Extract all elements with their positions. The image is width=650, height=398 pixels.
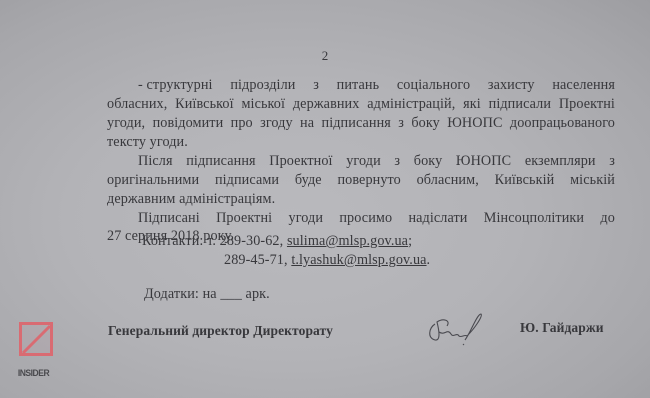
email-link-lyashuk[interactable]: t.lyashuk@mlsp.gov.ua (291, 252, 426, 268)
word: на (300, 115, 314, 132)
p1-line2: обласних,Київськоїміськоїдержавнихадміні… (107, 96, 615, 113)
signatory-title: Генеральний директор Директорату (108, 323, 333, 339)
word: боку (414, 153, 443, 170)
word: Підписані (138, 210, 200, 227)
separator: ; (408, 233, 412, 249)
attachments-line: Додатки: на ___ арк. (144, 286, 270, 303)
word: які (463, 96, 481, 113)
word: оригінальними (107, 172, 199, 189)
p1-line3: угоди,повідомитипрозгодунапідписаннязбок… (107, 115, 615, 132)
word: Київській (495, 172, 555, 189)
word: Проектні (216, 210, 272, 227)
word: підписання (186, 153, 255, 170)
word: угоди (289, 210, 324, 227)
word: з (394, 153, 400, 170)
word: Київської (175, 96, 234, 113)
word: угоди, (107, 115, 145, 132)
word: адміністрацій, (367, 96, 455, 113)
word: доопрацьованого (510, 115, 615, 132)
word: Проектної (269, 153, 332, 170)
word: повернуто (337, 172, 400, 189)
word: повідомити (153, 115, 224, 132)
word: угоди (346, 153, 381, 170)
word: просимо (339, 210, 392, 227)
contacts-line1: Контакти: т. 289-30-62, sulima@mlsp.gov.… (142, 233, 412, 250)
word: державних (293, 96, 360, 113)
word: Мінсоцполітики (484, 210, 584, 227)
word: міської (241, 96, 285, 113)
word: підрозділи (230, 77, 295, 94)
word: Після (138, 153, 173, 170)
handwritten-signature (425, 310, 495, 355)
word: обласних, (107, 96, 167, 113)
word: екземпляри (525, 153, 596, 170)
phone-2: 289-45-71, (224, 252, 291, 268)
p1-line4: тексту угоди. (107, 134, 188, 151)
word: надіслати (408, 210, 467, 227)
p2-line3: державним адміністраціям. (107, 191, 275, 208)
word: захисту (488, 77, 535, 94)
word: боку (411, 115, 440, 132)
p3-line1: ПідписаніПроектніугодипросимонадіслатиМі… (138, 210, 615, 227)
contacts-label: Контакти: т. 289-30-62, (142, 233, 287, 249)
word: міській (570, 172, 615, 189)
word: до (600, 210, 615, 227)
word: - структурні (138, 77, 213, 94)
word: згоду (260, 115, 293, 132)
word: питань (337, 77, 380, 94)
word: Проектні (559, 96, 615, 113)
word: підписання (322, 115, 391, 132)
page-number: 2 (0, 48, 650, 64)
word: ЮНОПС (447, 115, 502, 132)
word: обласним, (417, 172, 479, 189)
insider-logo-icon (19, 322, 53, 356)
word: про (231, 115, 253, 132)
email-link-sulima[interactable]: sulima@mlsp.gov.ua (287, 233, 408, 249)
watermark-text: INSIDER (18, 368, 49, 378)
word: населення (552, 77, 615, 94)
p1-line1: - структурніпідрозділизпитаньсоціального… (138, 77, 615, 94)
p2-line2: оригінальнимипідписамибудеповернутооблас… (107, 172, 615, 189)
word: буде (295, 172, 322, 189)
word: ЮНОПС (456, 153, 511, 170)
signatory-name: Ю. Гайдаржи (520, 320, 604, 336)
word: з (313, 77, 319, 94)
p2-line1: ПісляпідписанняПроектноїугодизбокуЮНОПСе… (138, 153, 615, 170)
word: соціального (397, 77, 470, 94)
word: підписали (489, 96, 551, 113)
contacts-line2: 289-45-71, t.lyashuk@mlsp.gov.ua. (224, 252, 430, 269)
word: підписами (215, 172, 279, 189)
word: з (609, 153, 615, 170)
separator: . (427, 252, 431, 268)
word: з (398, 115, 404, 132)
